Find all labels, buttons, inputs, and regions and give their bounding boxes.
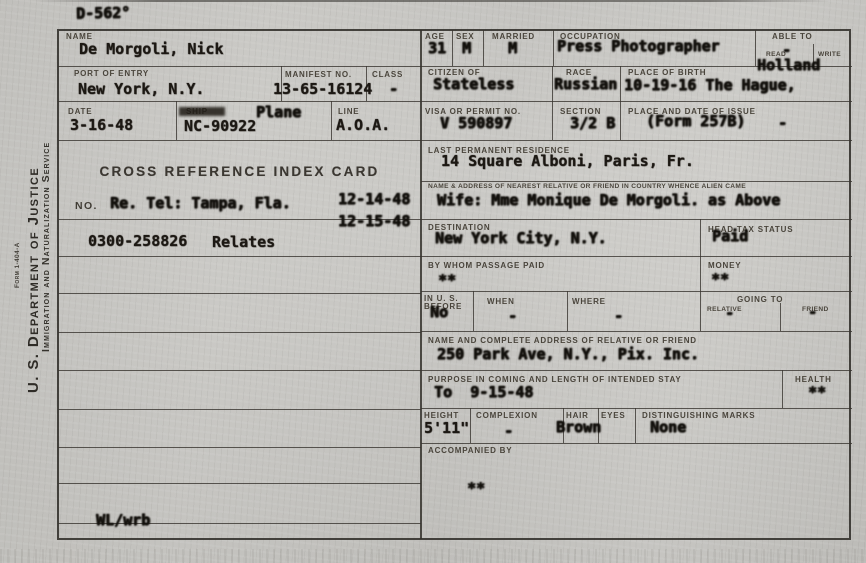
- passage-paid-value: **: [438, 273, 456, 288]
- grid-line: [58, 101, 421, 102]
- crossref-file-note: Relates: [212, 235, 275, 250]
- grid-line: [58, 140, 421, 141]
- purpose-value: To 9-15-48: [434, 385, 533, 400]
- occupation-value: Press Photographer: [557, 39, 720, 54]
- last-residence-value: 14 Square Alboni, Paris, Fr.: [441, 154, 694, 169]
- grid-line: [780, 303, 781, 331]
- margin-form-number: Form 1-404-A: [15, 242, 22, 288]
- where-label: WHERE: [572, 298, 606, 306]
- port-of-entry-value: New York, N.Y.: [78, 82, 204, 97]
- date-value: 3-16-48: [70, 118, 133, 133]
- relative-address-label: NAME AND COMPLETE ADDRESS OF RELATIVE OR…: [428, 337, 697, 345]
- citizen-of-value: Stateless: [433, 77, 514, 92]
- grid-line: [421, 370, 852, 371]
- scan-edge-artifact: [0, 0, 866, 2]
- name-field-value: De Morgoli, Nick: [79, 42, 224, 57]
- hair-eyes-value: Brown: [556, 420, 601, 435]
- grid-line: [58, 256, 421, 257]
- eyes-label: EYES: [601, 412, 626, 420]
- nearest-relative-value: Wife: Mme Monique De Morgoli. as Above: [437, 193, 780, 208]
- where-value: -: [614, 309, 623, 324]
- grid-line: [452, 30, 453, 66]
- crossref-date-2: 12-15-48: [338, 214, 410, 229]
- going-to-relative-value: -: [725, 306, 734, 321]
- grid-line: [553, 30, 554, 66]
- grid-line: [421, 331, 852, 332]
- place-of-birth-value-line2: Holland: [757, 58, 820, 73]
- relative-address-value: 250 Park Ave, N.Y., Pix. Inc.: [437, 347, 699, 362]
- clerk-initials: WL/wrb: [96, 513, 150, 528]
- grid-line: [331, 101, 332, 140]
- destination-value: New York City, N.Y.: [435, 231, 607, 246]
- class-label: CLASS: [372, 71, 403, 79]
- grid-line: [176, 101, 177, 140]
- when-label: WHEN: [487, 298, 515, 306]
- complexion-label: COMPLEXION: [476, 412, 538, 420]
- scanned-index-card: D-562° Form 1-404-A U. S. Department of …: [0, 0, 866, 563]
- grid-line: [567, 291, 568, 331]
- ship-mode-value: Plane: [256, 105, 301, 120]
- able-to-label: ABLE TO: [772, 33, 813, 41]
- money-label: MONEY: [708, 262, 741, 270]
- grid-line: [421, 101, 852, 102]
- grid-line: [483, 30, 484, 66]
- ship-label-strikeout: [179, 107, 225, 116]
- column-divider: [420, 30, 422, 539]
- crossref-file-number: 0300-258826: [88, 234, 187, 249]
- issue-value: (Form 257B): [646, 114, 745, 129]
- grid-line: [552, 66, 553, 140]
- manifest-no-value: 13-65-16124: [273, 82, 372, 97]
- sex-value: M: [462, 41, 471, 56]
- complexion-value: -: [504, 424, 513, 439]
- race-value: Russian: [554, 77, 617, 92]
- in-us-before-value: No: [430, 305, 448, 320]
- manifest-no-label: MANIFEST NO.: [285, 71, 352, 79]
- visa-value: V 590897: [440, 116, 512, 131]
- going-to-friend-value: -: [808, 305, 817, 320]
- date-label: DATE: [68, 108, 92, 116]
- grid-line: [58, 293, 421, 294]
- crossref-date-1: 12-14-48: [338, 192, 410, 207]
- grid-line: [58, 409, 421, 410]
- when-value: -: [508, 309, 517, 324]
- grid-line: [782, 370, 783, 408]
- grid-line: [421, 256, 852, 257]
- accompanied-by-label: ACCOMPANIED BY: [428, 447, 512, 455]
- passage-paid-label: BY WHOM PASSAGE PAID: [428, 262, 545, 270]
- issue-value-2: -: [778, 116, 787, 131]
- grid-line: [470, 408, 471, 443]
- grid-line: [421, 181, 852, 182]
- margin-service-title: Immigration and Naturalization Service: [41, 142, 52, 352]
- grid-line: [473, 291, 474, 331]
- grid-line: [58, 332, 421, 333]
- document-number-stamp: D-562°: [76, 6, 130, 22]
- grid-line: [635, 408, 636, 443]
- going-to-label: GOING TO: [737, 296, 783, 304]
- grid-line: [700, 219, 701, 331]
- married-value: M: [508, 41, 517, 56]
- grid-line: [620, 66, 621, 140]
- place-of-birth-value: 10-19-16 The Hague,: [624, 78, 796, 93]
- grid-line: [421, 140, 852, 141]
- section-value: 3/2 B: [570, 116, 615, 131]
- crossref-reference-value: Re. Tel: Tampa, Fla.: [110, 196, 291, 211]
- health-value: **: [808, 385, 826, 400]
- grid-line: [421, 443, 852, 444]
- margin-department-title: U. S. Department of Justice: [26, 167, 41, 393]
- distinguishing-marks-value: None: [650, 420, 686, 435]
- grid-line: [755, 30, 756, 66]
- grid-line: [58, 370, 421, 371]
- money-value: **: [711, 272, 729, 287]
- nearest-relative-label: NAME & ADDRESS OF NEAREST RELATIVE OR FR…: [428, 184, 746, 191]
- crossref-title: CROSS REFERENCE INDEX CARD: [58, 164, 421, 179]
- accompanied-by-value: **: [467, 481, 485, 496]
- age-value: 31: [428, 41, 446, 56]
- ship-number-value: NC-90922: [184, 119, 256, 134]
- head-tax-value: Paid: [712, 229, 748, 244]
- grid-line: [421, 219, 852, 220]
- grid-line: [421, 408, 852, 409]
- line-label: LINE: [338, 108, 359, 116]
- port-of-entry-label: PORT OF ENTRY: [74, 70, 149, 78]
- class-value: -: [389, 82, 398, 97]
- grid-line: [58, 483, 421, 484]
- line-value: A.O.A.: [336, 118, 390, 133]
- crossref-no-label: NO.: [75, 200, 98, 212]
- height-value: 5'11": [424, 421, 469, 436]
- able-to-write-label: WRITE: [818, 52, 841, 59]
- grid-line: [58, 447, 421, 448]
- grid-line: [421, 291, 852, 292]
